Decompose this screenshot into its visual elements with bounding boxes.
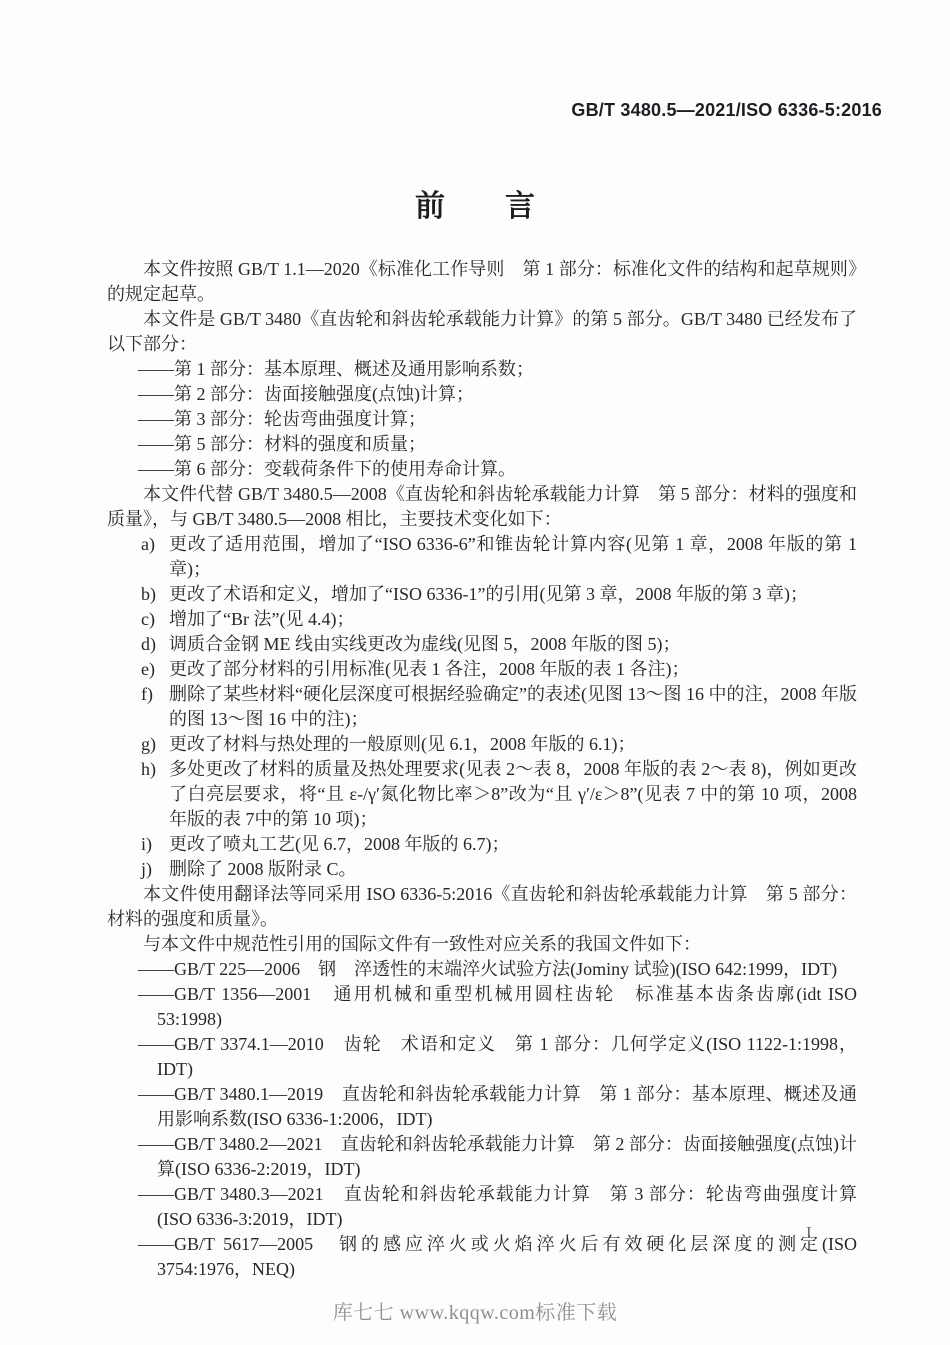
list-item: f) 删除了某些材料“硬化层深度可根据经验确定”的表述(见图 13～图 16 中… [107,682,857,732]
document-page: GB/T 3480.5—2021/ISO 6336-5:2016 前 言 本文件… [0,0,950,1345]
list-item-label: g) [141,732,156,757]
list-item-label: f) [141,682,153,707]
standard-number-header: GB/T 3480.5—2021/ISO 6336-5:2016 [571,100,882,121]
list-item: ——GB/T 5617—2005 钢的感应淬火或火焰淬火后有效硬化层深度的测定(… [107,1232,857,1282]
list-item: ——GB/T 3480.2—2021 直齿轮和斜齿轮承载能力计算 第 2 部分：… [107,1132,857,1182]
list-item-label: h) [141,757,156,782]
paragraph: 本文件代替 GB/T 3480.5—2008《直齿轮和斜齿轮承载能力计算 第 5… [107,482,857,532]
list-item: i) 更改了喷丸工艺(见 6.7，2008 年版的 6.7)； [107,832,857,857]
list-item-label: c) [141,607,155,632]
list-item: ——GB/T 1356—2001 通用机械和重型机械用圆柱齿轮 标准基本齿条齿廓… [107,982,857,1032]
watermark-text: 库七七 www.kqqw.com标准下载 [0,1296,950,1325]
list-item-text: 删除了 2008 版附录 C。 [169,859,357,879]
list-item-text: 调质合金钢 ME 线由实线更改为虚线(见图 5，2008 年版的图 5)； [169,634,681,654]
list-item: ——第 6 部分：变载荷条件下的使用寿命计算。 [107,457,857,482]
list-item: ——GB/T 3480.1—2019 直齿轮和斜齿轮承载能力计算 第 1 部分：… [107,1082,857,1132]
paragraph: 本文件是 GB/T 3480《直齿轮和斜齿轮承载能力计算》的第 5 部分。GB/… [107,307,857,357]
list-item-text: 更改了适用范围，增加了“ISO 6336-6”和锥齿轮计算内容(见第 1 章，2… [169,534,857,579]
list-item: ——GB/T 3374.1—2010 齿轮 术语和定义 第 1 部分：几何学定义… [107,1032,857,1082]
list-item: g) 更改了材料与热处理的一般原则(见 6.1，2008 年版的 6.1)； [107,732,857,757]
list-item: d) 调质合金钢 ME 线由实线更改为虚线(见图 5，2008 年版的图 5)； [107,632,857,657]
paragraph: 与本文件中规范性引用的国际文件有一致性对应关系的我国文件如下： [107,932,857,957]
list-item-label: j) [141,857,152,882]
list-item-label: a) [141,532,155,557]
list-item-label: d) [141,632,156,657]
list-item: ——GB/T 3480.3—2021 直齿轮和斜齿轮承载能力计算 第 3 部分：… [107,1182,857,1232]
list-item: h) 多处更改了材料的质量及热处理要求(见表 2～表 8，2008 年版的表 2… [107,757,857,832]
list-item: ——第 5 部分：材料的强度和质量； [107,432,857,457]
list-item: ——第 2 部分：齿面接触强度(点蚀)计算； [107,382,857,407]
list-item-text: 增加了“Br 法”(见 4.4)； [169,609,354,629]
list-item-label: b) [141,582,156,607]
list-item: ——第 1 部分：基本原理、概述及通用影响系数； [107,357,857,382]
foreword-body: 本文件按照 GB/T 1.1—2020《标准化工作导则 第 1 部分：标准化文件… [107,257,857,1282]
list-item: a) 更改了适用范围，增加了“ISO 6336-6”和锥齿轮计算内容(见第 1 … [107,532,857,582]
list-item-label: e) [141,657,155,682]
list-item: e) 更改了部分材料的引用标准(见表 1 各注，2008 年版的表 1 各注)； [107,657,857,682]
list-item: j) 删除了 2008 版附录 C。 [107,857,857,882]
page-title: 前 言 [0,181,950,225]
list-item-text: 更改了部分材料的引用标准(见表 1 各注，2008 年版的表 1 各注)； [169,659,690,679]
list-item-text: 删除了某些材料“硬化层深度可根据经验确定”的表述(见图 13～图 16 中的注，… [169,684,857,729]
list-item-text: 多处更改了材料的质量及热处理要求(见表 2～表 8，2008 年版的表 2～表 … [169,759,857,829]
list-item: c) 增加了“Br 法”(见 4.4)； [107,607,857,632]
list-item-text: 更改了喷丸工艺(见 6.7，2008 年版的 6.7)； [169,834,510,854]
list-item: ——GB/T 225—2006 钢 淬透性的末端淬火试验方法(Jominy 试验… [107,957,857,982]
paragraph: 本文件使用翻译法等同采用 ISO 6336-5:2016《直齿轮和斜齿轮承载能力… [107,882,857,932]
list-item-text: 更改了材料与热处理的一般原则(见 6.1，2008 年版的 6.1)； [169,734,636,754]
list-item: ——第 3 部分：轮齿弯曲强度计算； [107,407,857,432]
paragraph: 本文件按照 GB/T 1.1—2020《标准化工作导则 第 1 部分：标准化文件… [107,257,857,307]
list-item-label: i) [141,832,152,857]
list-item: b) 更改了术语和定义，增加了“ISO 6336-1”的引用(见第 3 章，20… [107,582,857,607]
page-number: I [806,1223,812,1243]
list-item-text: 更改了术语和定义，增加了“ISO 6336-1”的引用(见第 3 章，2008 … [169,584,808,604]
